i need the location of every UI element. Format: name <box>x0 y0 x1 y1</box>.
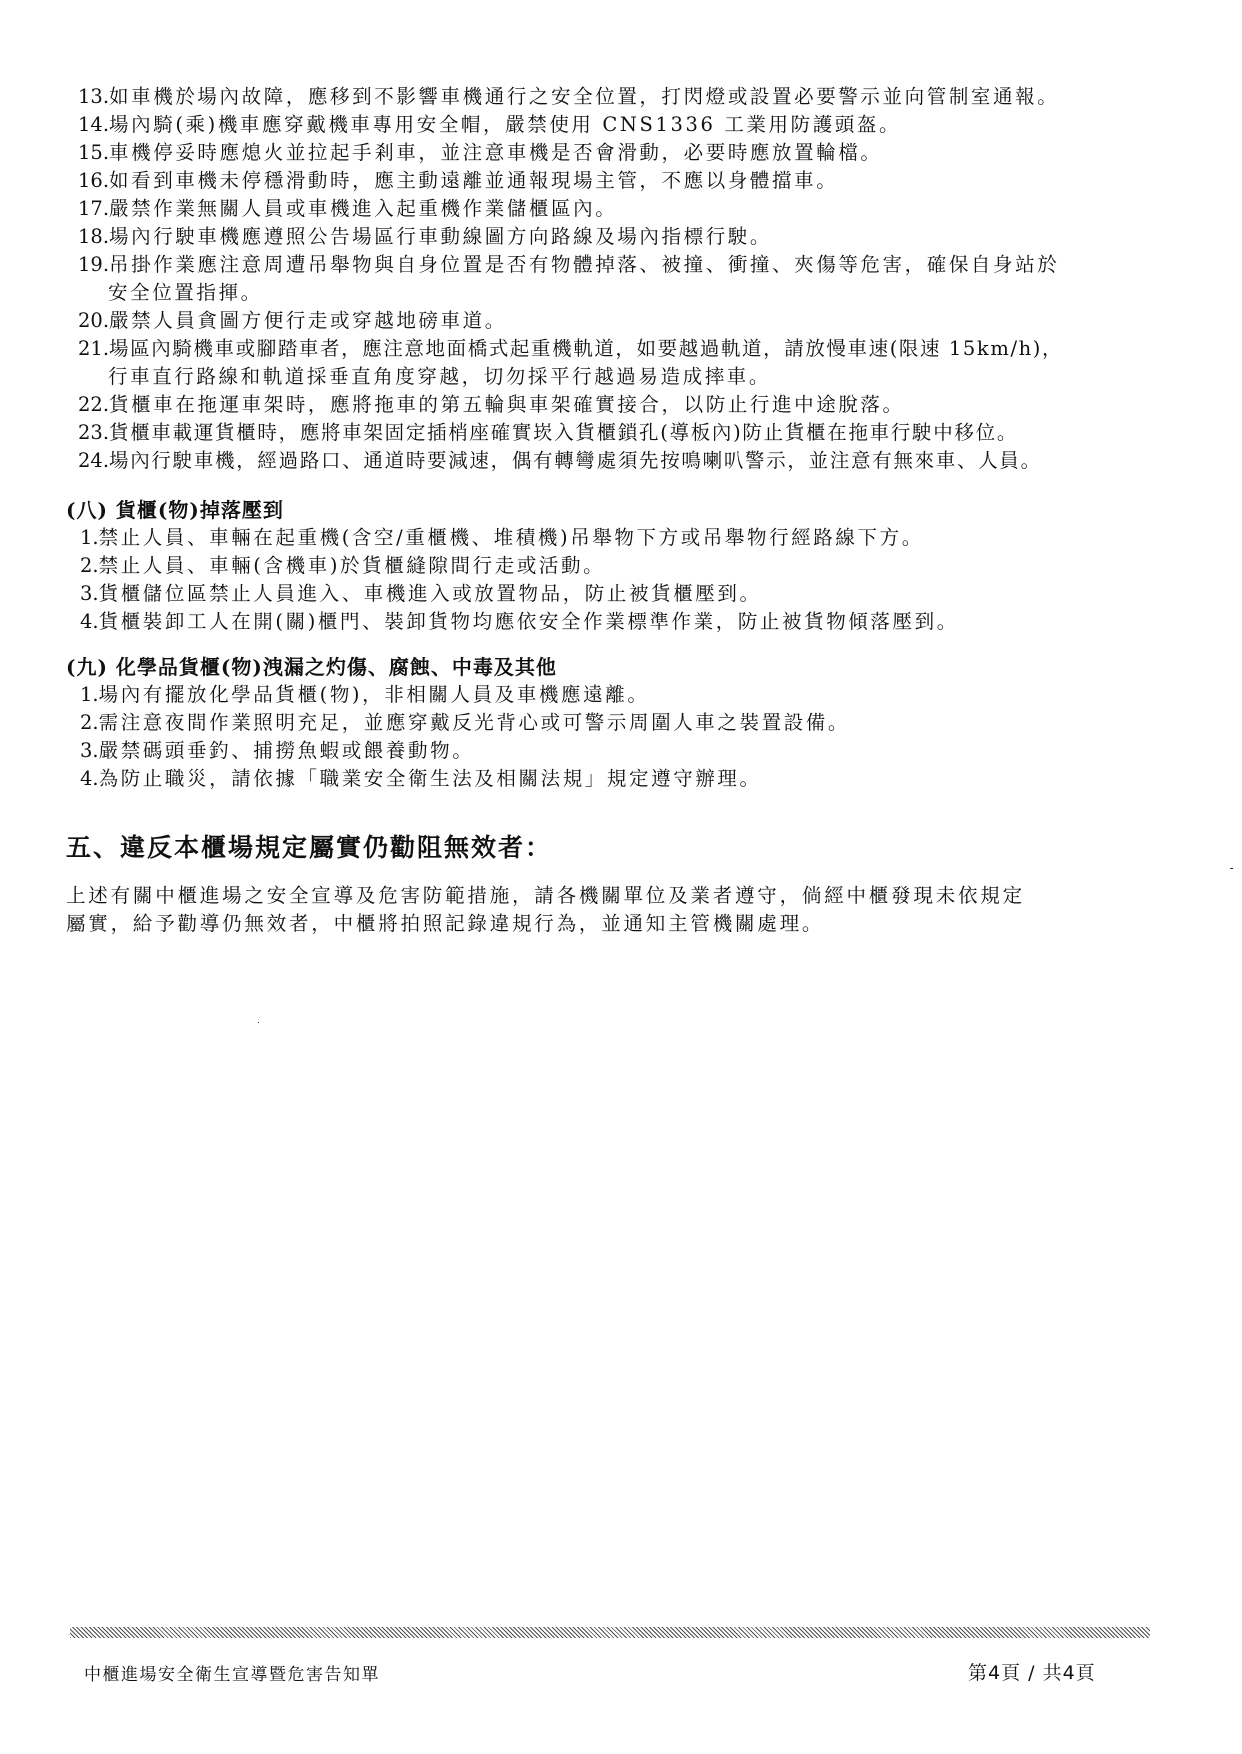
scan-speck <box>258 1022 259 1023</box>
footer-page-number: 第4頁 / 共4頁 <box>968 1658 1096 1685</box>
rule-item-17: 17.嚴禁作業無關人員或車機進入起重機作業儲櫃區內。 <box>78 196 617 222</box>
section-8-item-4: 4.貨櫃裝卸工人在開(關)櫃門、裝卸貨物均應依安全作業標準作業，防止被貨物傾落壓… <box>80 609 959 635</box>
document-page: 13.如車機於場內故障，應移到不影響車機通行之安全位置，打閃燈或設置必要警示並向… <box>0 0 1242 1754</box>
section-5-paragraph-line-1: 上述有關中櫃進場之安全宣導及危害防範措施，請各機關單位及業者遵守，倘經中櫃發現未… <box>66 883 1025 909</box>
section-8-item-1: 1.禁止人員、車輛在起重機(含空/重櫃機、堆積機)吊舉物下方或吊舉物行經路線下方… <box>80 525 924 551</box>
section-9-heading: (九) 化學品貨櫃(物)洩漏之灼傷、腐蝕、中毒及其他 <box>66 654 557 680</box>
section-8-heading: (八) 貨櫃(物)掉落壓到 <box>66 497 284 523</box>
rule-item-21-continuation: 行車直行路線和軌道採垂直角度穿越，切勿採平行越過易造成摔車。 <box>108 364 771 390</box>
footer-document-title: 中櫃進場安全衛生宣導暨危害告知單 <box>84 1660 380 1685</box>
rule-item-20: 20.嚴禁人員貪圖方便行走或穿越地磅車道。 <box>78 308 507 334</box>
footer-divider-bar <box>70 1627 1150 1638</box>
section-5-paragraph-line-2: 屬實，給予勸導仍無效者，中櫃將拍照記錄違規行為，並通知主管機關處理。 <box>66 911 824 937</box>
section-5-heading: 五、違反本櫃場規定屬實仍勸阻無效者： <box>66 832 552 864</box>
rule-item-19-continuation: 安全位置指揮。 <box>108 280 263 306</box>
rule-item-19: 19.吊掛作業應注意周遭吊舉物與自身位置是否有物體掉落、被撞、衝撞、夾傷等危害，… <box>78 252 1059 278</box>
section-8-item-3: 3.貨櫃儲位區禁止人員進入、車機進入或放置物品，防止被貨櫃壓到。 <box>80 581 762 607</box>
rule-item-14: 14.場內騎(乘)機車應穿戴機車專用安全帽，嚴禁使用 CNS1336 工業用防護… <box>78 112 901 138</box>
rule-item-24: 24.場內行駛車機，經過路口、通道時要減速，偶有轉彎處須先按鳴喇叭警示，並注意有… <box>78 448 1042 474</box>
rule-item-22: 22.貨櫃車在拖運車架時，應將拖車的第五輪與車架確實接合，以防止行進中途脫落。 <box>78 392 905 418</box>
section-9-item-1: 1.場內有擺放化學品貨櫃(物)，非相關人員及車機應遠離。 <box>80 682 649 708</box>
section-8-item-2: 2.禁止人員、車輛(含機車)於貨櫃縫隙間行走或活動。 <box>80 553 605 579</box>
rule-item-18: 18.場內行駛車機應遵照公告場區行車動線圖方向路線及場內指標行駛。 <box>78 224 772 250</box>
scan-speck <box>1230 868 1233 869</box>
rule-item-13: 13.如車機於場內故障，應移到不影響車機通行之安全位置，打閃燈或設置必要警示並向… <box>78 84 1059 110</box>
rule-item-23: 23.貨櫃車載運貨櫃時，應將車架固定插梢座確實崁入貨櫃鎖孔(導板內)防止貨櫃在拖… <box>78 420 1018 446</box>
section-9-item-3: 3.嚴禁碼頭垂釣、捕撈魚蝦或餵養動物。 <box>80 738 474 764</box>
rule-item-15: 15.車機停妥時應熄火並拉起手剎車，並注意車機是否會滑動，必要時應放置輪檔。 <box>78 140 883 166</box>
rule-item-21: 21.場區內騎機車或腳踏車者，應注意地面橋式起重機軌道，如要越過軌道，請放慢車速… <box>78 336 1063 362</box>
section-9-item-2: 2.需注意夜間作業照明充足，並應穿戴反光背心或可警示周圍人車之裝置設備。 <box>80 710 850 736</box>
rule-item-16: 16.如看到車機未停穩滑動時，應主動遠離並通報現場主管，不應以身體擋車。 <box>78 168 838 194</box>
section-9-item-4: 4.為防止職災，請依據「職業安全衛生法及相關法規」規定遵守辦理。 <box>80 766 762 792</box>
